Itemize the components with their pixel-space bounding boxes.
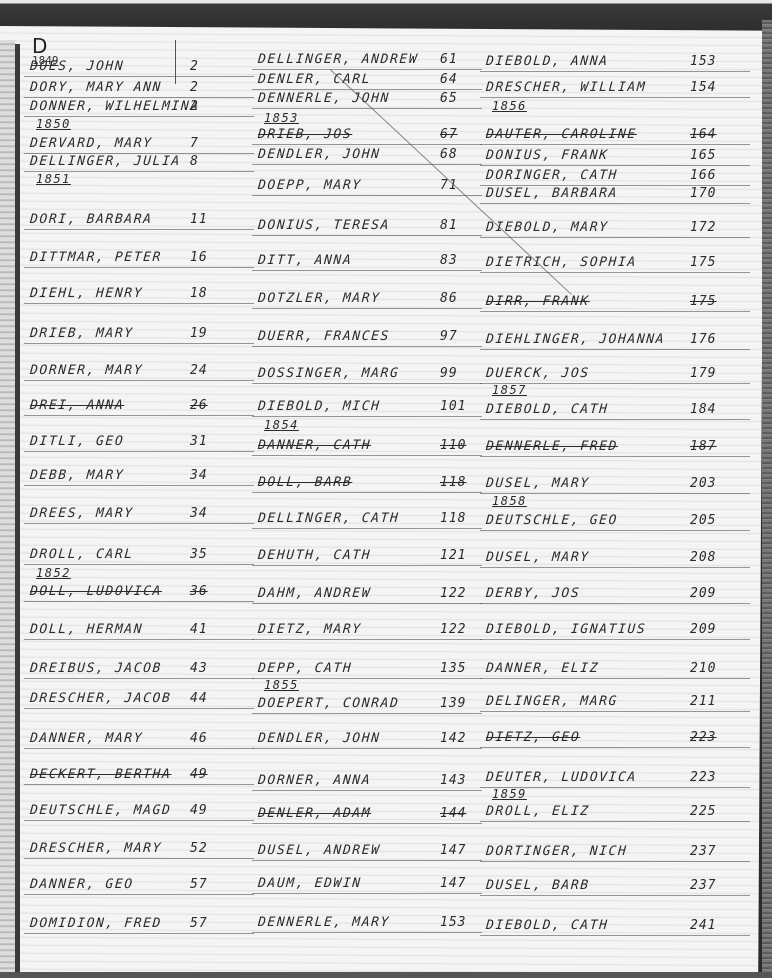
entry-page-number: 237 xyxy=(690,878,716,893)
entry-name: DORNER, ANNA xyxy=(257,773,371,788)
ruled-line xyxy=(252,603,482,604)
index-entry: DIETZ, MARY xyxy=(257,622,362,637)
ruled-line xyxy=(24,820,254,821)
entry-name: DUSEL, MARY xyxy=(485,476,590,491)
index-entry: DITTMAR, PETER xyxy=(29,250,162,265)
index-entry: DREES, MARY xyxy=(29,506,134,521)
entry-page-number: 36 xyxy=(190,584,208,599)
page-margin-strip xyxy=(0,40,15,975)
ruled-line xyxy=(480,165,750,166)
entry-name: DERVARD, MARY xyxy=(29,136,153,151)
ruled-line xyxy=(252,270,482,271)
entry-page-number: 170 xyxy=(690,186,716,201)
index-entry: DANNER, CATH xyxy=(257,438,371,453)
index-entry: DONIUS, TERESA xyxy=(257,218,390,233)
year-marker: 1854 xyxy=(264,418,299,432)
ruled-line xyxy=(480,203,750,204)
ruled-line xyxy=(252,860,482,861)
index-entry: DUERR, FRANCES xyxy=(257,329,390,344)
entry-page-number: 49 xyxy=(190,803,208,818)
index-entry: DOMIDION, FRED xyxy=(29,916,162,931)
entry-page-number: 18 xyxy=(190,286,208,301)
entry-name: DORY, MARY ANN xyxy=(29,80,162,95)
ruled-line xyxy=(252,748,482,749)
entry-name: DENNERLE, JOHN xyxy=(257,91,390,106)
index-entry: DIEBOLD, MICH xyxy=(257,399,381,414)
entry-page-number: 241 xyxy=(690,918,716,933)
entry-name: DELLINGER, CATH xyxy=(257,511,399,526)
entry-page-number: 164 xyxy=(690,127,716,142)
entry-name: DIEHL, HENRY xyxy=(29,286,143,301)
entry-page-number: 121 xyxy=(440,548,466,563)
ruled-line xyxy=(252,639,482,640)
year-marker: 1852 xyxy=(36,566,71,580)
entry-page-number: 210 xyxy=(690,661,716,676)
entry-name: DONIUS, TERESA xyxy=(257,218,390,233)
entry-name: DANNER, ELIZ xyxy=(485,661,599,676)
entry-page-number: 154 xyxy=(690,80,716,95)
index-entry: DANNER, GEO xyxy=(29,877,134,892)
index-entry: DRIEB, JOS xyxy=(257,127,352,142)
index-entry: DUSEL, MARY xyxy=(485,550,590,565)
entry-name: DAHM, ANDREW xyxy=(257,586,371,601)
ruled-line xyxy=(24,343,254,344)
ruled-line xyxy=(24,564,254,565)
ruled-line xyxy=(24,76,254,77)
entry-page-number: 19 xyxy=(190,326,208,341)
entry-page-number: 2 xyxy=(190,99,199,114)
entry-name: DOTZLER, MARY xyxy=(257,291,381,306)
entry-name: DAUTER, CAROLINE xyxy=(485,127,637,142)
entry-page-number: 52 xyxy=(190,841,208,856)
entry-name: DRIEB, JOS xyxy=(257,127,352,142)
ruled-line xyxy=(252,565,482,566)
entry-name: DRIEB, MARY xyxy=(29,326,134,341)
entry-name: DORTINGER, NICH xyxy=(485,844,627,859)
entry-name: DIETZ, GEO xyxy=(485,730,580,745)
entry-name: DRESCHER, WILLIAM xyxy=(485,80,646,95)
index-entry: DOTZLER, MARY xyxy=(257,291,381,306)
index-entry: DOSSINGER, MARG xyxy=(257,366,399,381)
entry-name: DANNER, MARY xyxy=(29,731,143,746)
ruled-line xyxy=(480,861,750,862)
entry-page-number: 237 xyxy=(690,844,716,859)
ruled-line xyxy=(252,195,482,196)
ruled-line xyxy=(252,164,482,165)
year-marker: 1856 xyxy=(492,99,527,113)
entry-name: DUERCK, JOS xyxy=(485,366,590,381)
ruled-line xyxy=(252,346,482,347)
index-entry: DORY, MARY ANN xyxy=(29,80,162,95)
entry-page-number: 225 xyxy=(690,804,716,819)
entry-name: DITT, ANNA xyxy=(257,253,352,268)
ruled-line xyxy=(480,530,750,531)
ruled-line xyxy=(480,311,750,312)
entry-page-number: 65 xyxy=(440,91,458,106)
ruled-line xyxy=(252,416,482,417)
index-entry: DRESCHER, JACOB xyxy=(29,691,171,706)
ruled-line xyxy=(480,678,750,679)
ruled-line xyxy=(24,601,254,602)
index-entry: DIEHLINGER, JOHANNA xyxy=(485,332,665,347)
year-marker: 1855 xyxy=(264,678,299,692)
index-entry: DELINGER, MARG xyxy=(485,694,618,709)
index-entry: DONIUS, FRANK xyxy=(485,148,609,163)
index-entry: DORTINGER, NICH xyxy=(485,844,627,859)
entry-page-number: 147 xyxy=(440,876,466,891)
index-entry: DUSEL, BARBARA xyxy=(485,186,618,201)
year-marker: 1858 xyxy=(492,494,527,508)
entry-page-number: 208 xyxy=(690,550,716,565)
entry-name: DOEPP, MARY xyxy=(257,178,362,193)
ruled-line xyxy=(252,823,482,824)
ruled-line xyxy=(252,89,482,90)
margin-rule xyxy=(15,44,20,974)
ruled-line xyxy=(252,383,482,384)
index-entry: DERVARD, MARY xyxy=(29,136,153,151)
entry-page-number: 16 xyxy=(190,250,208,265)
ruled-line xyxy=(24,485,254,486)
year-marker: 1853 xyxy=(264,111,299,125)
ruled-line xyxy=(252,455,482,456)
index-entry: DENLER, ADAM xyxy=(257,806,371,821)
index-entry: DIEBOLD, MARY xyxy=(485,220,609,235)
ruled-line xyxy=(480,144,750,145)
index-entry: DENNERLE, FRED xyxy=(485,439,618,454)
entry-page-number: 24 xyxy=(190,363,208,378)
entry-name: DEUTSCHLE, GEO xyxy=(485,513,618,528)
year-marker: 1859 xyxy=(492,787,527,801)
entry-page-number: 175 xyxy=(690,255,716,270)
entry-page-number: 35 xyxy=(190,547,208,562)
entry-page-number: 43 xyxy=(190,661,208,676)
entry-page-number: 139 xyxy=(440,696,466,711)
entry-name: DOMIDION, FRED xyxy=(29,916,162,931)
entry-name: DOES, JOHN xyxy=(29,59,124,74)
entry-name: DUSEL, MARY xyxy=(485,550,590,565)
entry-name: DEUTER, LUDOVICA xyxy=(485,770,637,785)
entry-page-number: 2 xyxy=(190,59,199,74)
entry-name: DEUTSCHLE, MAGD xyxy=(29,803,171,818)
index-entry: DAHM, ANDREW xyxy=(257,586,371,601)
entry-name: DOLL, LUDOVICA xyxy=(29,584,162,599)
entry-name: DOLL, HERMAN xyxy=(29,622,143,637)
ruled-line xyxy=(480,349,750,350)
entry-name: DEPP, CATH xyxy=(257,661,352,676)
ruled-line xyxy=(480,639,750,640)
entry-name: DIEBOLD, IGNATIUS xyxy=(485,622,646,637)
index-entry: DEUTSCHLE, MAGD xyxy=(29,803,171,818)
entry-page-number: 135 xyxy=(440,661,466,676)
index-entry: DUERCK, JOS xyxy=(485,366,590,381)
ruled-line xyxy=(24,639,254,640)
ruled-line xyxy=(252,108,482,109)
scanner-bottom-edge xyxy=(0,972,772,978)
ruled-line xyxy=(24,380,254,381)
ruled-line xyxy=(252,528,482,529)
ruled-line xyxy=(480,747,750,748)
entry-name: DORNER, MARY xyxy=(29,363,143,378)
ruled-line xyxy=(252,713,482,714)
entry-page-number: 122 xyxy=(440,586,466,601)
entry-name: DENDLER, JOHN xyxy=(257,731,381,746)
index-entry: DITLI, GEO xyxy=(29,434,124,449)
index-entry: DOLL, BARB xyxy=(257,475,352,490)
entry-name: DRESCHER, JACOB xyxy=(29,691,171,706)
entry-name: DRESCHER, MARY xyxy=(29,841,162,856)
index-entry: DEUTER, LUDOVICA xyxy=(485,770,637,785)
entry-name: DEBB, MARY xyxy=(29,468,124,483)
ruled-line xyxy=(24,784,254,785)
entry-page-number: 166 xyxy=(690,168,716,183)
ruled-line xyxy=(24,523,254,524)
index-entry: DREI, ANNA xyxy=(29,398,124,413)
entry-name: DROLL, ELIZ xyxy=(485,804,590,819)
entry-page-number: 165 xyxy=(690,148,716,163)
index-entry: DOES, JOHN xyxy=(29,59,124,74)
entry-page-number: 176 xyxy=(690,332,716,347)
index-entry: DORNER, ANNA xyxy=(257,773,371,788)
entry-name: DIETRICH, SOPHIA xyxy=(485,255,637,270)
ruled-line xyxy=(24,678,254,679)
ruled-line xyxy=(24,451,254,452)
entry-page-number: 46 xyxy=(190,731,208,746)
index-entry: DOLL, HERMAN xyxy=(29,622,143,637)
entry-page-number: 67 xyxy=(440,127,458,142)
entry-name: DOEPERT, CONRAD xyxy=(257,696,399,711)
index-entry: DAUTER, CAROLINE xyxy=(485,127,637,142)
entry-page-number: 97 xyxy=(440,329,458,344)
entry-page-number: 142 xyxy=(440,731,466,746)
entry-name: DIEBOLD, MICH xyxy=(257,399,381,414)
entry-page-number: 2 xyxy=(190,80,199,95)
entry-page-number: 147 xyxy=(440,843,466,858)
index-entry: DRESCHER, MARY xyxy=(29,841,162,856)
entry-name: DUERR, FRANCES xyxy=(257,329,390,344)
entry-name: DELLINGER, ANDREW xyxy=(257,52,418,67)
entry-page-number: 209 xyxy=(690,586,716,601)
index-entry: DOLL, LUDOVICA xyxy=(29,584,162,599)
ruled-line xyxy=(480,895,750,896)
entry-page-number: 34 xyxy=(190,506,208,521)
ruled-line xyxy=(252,893,482,894)
index-entry: DENDLER, JOHN xyxy=(257,147,381,162)
ruled-line xyxy=(480,711,750,712)
entry-name: DUSEL, BARB xyxy=(485,878,590,893)
entry-page-number: 44 xyxy=(190,691,208,706)
index-entry: DANNER, ELIZ xyxy=(485,661,599,676)
header-column-separator xyxy=(175,40,176,84)
index-entry: DUSEL, MARY xyxy=(485,476,590,491)
entry-name: DIEBOLD, ANNA xyxy=(485,54,609,69)
entry-name: DIETZ, MARY xyxy=(257,622,362,637)
year-marker: 1850 xyxy=(36,117,71,131)
ruled-line xyxy=(24,708,254,709)
entry-page-number: 187 xyxy=(690,439,716,454)
ruled-line xyxy=(24,97,254,98)
ruled-line xyxy=(24,267,254,268)
entry-page-number: 41 xyxy=(190,622,208,637)
entry-name: DORI, BARBARA xyxy=(29,212,153,227)
index-entry: DUSEL, ANDREW xyxy=(257,843,381,858)
ruled-line xyxy=(480,272,750,273)
entry-name: DAUM, EDWIN xyxy=(257,876,362,891)
index-entry: DECKERT, BERTHA xyxy=(29,767,171,782)
entry-page-number: 223 xyxy=(690,770,716,785)
entry-name: DROLL, CARL xyxy=(29,547,134,562)
entry-page-number: 110 xyxy=(440,438,466,453)
entry-page-number: 179 xyxy=(690,366,716,381)
index-entry: DEUTSCHLE, GEO xyxy=(485,513,618,528)
index-entry: DUSEL, BARB xyxy=(485,878,590,893)
entry-name: DIEHLINGER, JOHANNA xyxy=(485,332,665,347)
entry-page-number: 205 xyxy=(690,513,716,528)
index-entry: DIEHL, HENRY xyxy=(29,286,143,301)
index-entry: DEPP, CATH xyxy=(257,661,352,676)
entry-page-number: 61 xyxy=(440,52,458,67)
entry-page-number: 11 xyxy=(190,212,208,227)
entry-name: DREI, ANNA xyxy=(29,398,124,413)
entry-name: DUSEL, ANDREW xyxy=(257,843,381,858)
ruled-line xyxy=(480,821,750,822)
index-entry: DITT, ANNA xyxy=(257,253,352,268)
entry-page-number: 57 xyxy=(190,877,208,892)
entry-name: DENLER, ADAM xyxy=(257,806,371,821)
entry-page-number: 26 xyxy=(190,398,208,413)
entry-name: DANNER, CATH xyxy=(257,438,371,453)
entry-page-number: 223 xyxy=(690,730,716,745)
ruled-line xyxy=(480,71,750,72)
entry-page-number: 184 xyxy=(690,402,716,417)
ruled-line xyxy=(24,748,254,749)
ruled-line xyxy=(480,97,750,98)
index-entry: DRESCHER, WILLIAM xyxy=(485,80,646,95)
ruled-line xyxy=(480,935,750,936)
entry-name: DERBY, JOS xyxy=(485,586,580,601)
entry-name: DOSSINGER, MARG xyxy=(257,366,399,381)
entry-page-number: 81 xyxy=(440,218,458,233)
entry-page-number: 122 xyxy=(440,622,466,637)
ruled-line xyxy=(480,456,750,457)
entry-name: DONNER, WILHELMINA xyxy=(29,99,200,114)
entry-page-number: 99 xyxy=(440,366,458,381)
entry-name: DIEBOLD, CATH xyxy=(485,402,609,417)
index-entry: DENDLER, JOHN xyxy=(257,731,381,746)
entry-page-number: 83 xyxy=(440,253,458,268)
index-entry: DOEPERT, CONRAD xyxy=(257,696,399,711)
entry-name: DENLER, CARL xyxy=(257,72,371,87)
index-entry: DENLER, CARL xyxy=(257,72,371,87)
index-entry: DREIBUS, JACOB xyxy=(29,661,162,676)
entry-name: DITLI, GEO xyxy=(29,434,124,449)
entry-name: DREES, MARY xyxy=(29,506,134,521)
entry-name: DONIUS, FRANK xyxy=(485,148,609,163)
entry-page-number: 49 xyxy=(190,767,208,782)
entry-page-number: 172 xyxy=(690,220,716,235)
index-entry: DIEBOLD, CATH xyxy=(485,402,609,417)
entry-name: DENDLER, JOHN xyxy=(257,147,381,162)
entry-name: DEHUTH, CATH xyxy=(257,548,371,563)
entry-page-number: 68 xyxy=(440,147,458,162)
ruled-line xyxy=(252,235,482,236)
entry-page-number: 144 xyxy=(440,806,466,821)
index-entry: DENNERLE, JOHN xyxy=(257,91,390,106)
index-entry: DIEBOLD, IGNATIUS xyxy=(485,622,646,637)
ruled-line xyxy=(24,415,254,416)
entry-page-number: 211 xyxy=(690,694,716,709)
entry-page-number: 153 xyxy=(690,54,716,69)
entry-page-number: 71 xyxy=(440,178,458,193)
entry-name: DORINGER, CATH xyxy=(485,168,618,183)
ruled-line xyxy=(24,933,254,934)
entry-page-number: 34 xyxy=(190,468,208,483)
ruled-line xyxy=(24,303,254,304)
entry-page-number: 143 xyxy=(440,773,466,788)
index-entry: DELLINGER, JULIA xyxy=(29,154,181,169)
ruled-line xyxy=(480,419,750,420)
ruled-line xyxy=(24,858,254,859)
index-entry: DELLINGER, CATH xyxy=(257,511,399,526)
entry-name: DANNER, GEO xyxy=(29,877,134,892)
index-entry: DELLINGER, ANDREW xyxy=(257,52,418,67)
ruled-line xyxy=(252,790,482,791)
entry-page-number: 31 xyxy=(190,434,208,449)
entry-name: DUSEL, BARBARA xyxy=(485,186,618,201)
ruled-line xyxy=(252,69,482,70)
entry-page-number: 153 xyxy=(440,915,466,930)
index-entry: DROLL, ELIZ xyxy=(485,804,590,819)
entry-page-number: 209 xyxy=(690,622,716,637)
index-entry: DOEPP, MARY xyxy=(257,178,362,193)
entry-name: DELLINGER, JULIA xyxy=(29,154,181,169)
ruled-line xyxy=(480,237,750,238)
entry-page-number: 203 xyxy=(690,476,716,491)
index-entry: DIETZ, GEO xyxy=(485,730,580,745)
entry-page-number: 86 xyxy=(440,291,458,306)
entry-page-number: 101 xyxy=(440,399,466,414)
scanner-top-edge xyxy=(0,0,772,30)
year-marker: 1851 xyxy=(36,172,71,186)
index-entry: DEBB, MARY xyxy=(29,468,124,483)
entry-page-number: 118 xyxy=(440,511,466,526)
scanner-right-edge xyxy=(762,20,772,978)
entry-name: DECKERT, BERTHA xyxy=(29,767,171,782)
index-entry: DIRR, FRANK xyxy=(485,294,590,309)
index-entry: DROLL, CARL xyxy=(29,547,134,562)
ruled-line xyxy=(252,492,482,493)
ruled-line xyxy=(24,229,254,230)
ruled-line xyxy=(252,932,482,933)
entry-name: DITTMAR, PETER xyxy=(29,250,162,265)
entry-name: DREIBUS, JACOB xyxy=(29,661,162,676)
entry-page-number: 57 xyxy=(190,916,208,931)
index-entry: DORINGER, CATH xyxy=(485,168,618,183)
entry-page-number: 118 xyxy=(440,475,466,490)
ruled-line xyxy=(252,308,482,309)
index-entry: DERBY, JOS xyxy=(485,586,580,601)
index-entry: DONNER, WILHELMINA xyxy=(29,99,200,114)
entry-name: DIEBOLD, CATH xyxy=(485,918,609,933)
index-entry: DIEBOLD, ANNA xyxy=(485,54,609,69)
year-marker: 1857 xyxy=(492,383,527,397)
index-entry: DIETRICH, SOPHIA xyxy=(485,255,637,270)
entry-page-number: 7 xyxy=(190,136,199,151)
entry-page-number: 175 xyxy=(690,294,716,309)
entry-page-number: 8 xyxy=(190,154,199,169)
ruled-line xyxy=(24,894,254,895)
entry-name: DOLL, BARB xyxy=(257,475,352,490)
index-entry: DANNER, MARY xyxy=(29,731,143,746)
